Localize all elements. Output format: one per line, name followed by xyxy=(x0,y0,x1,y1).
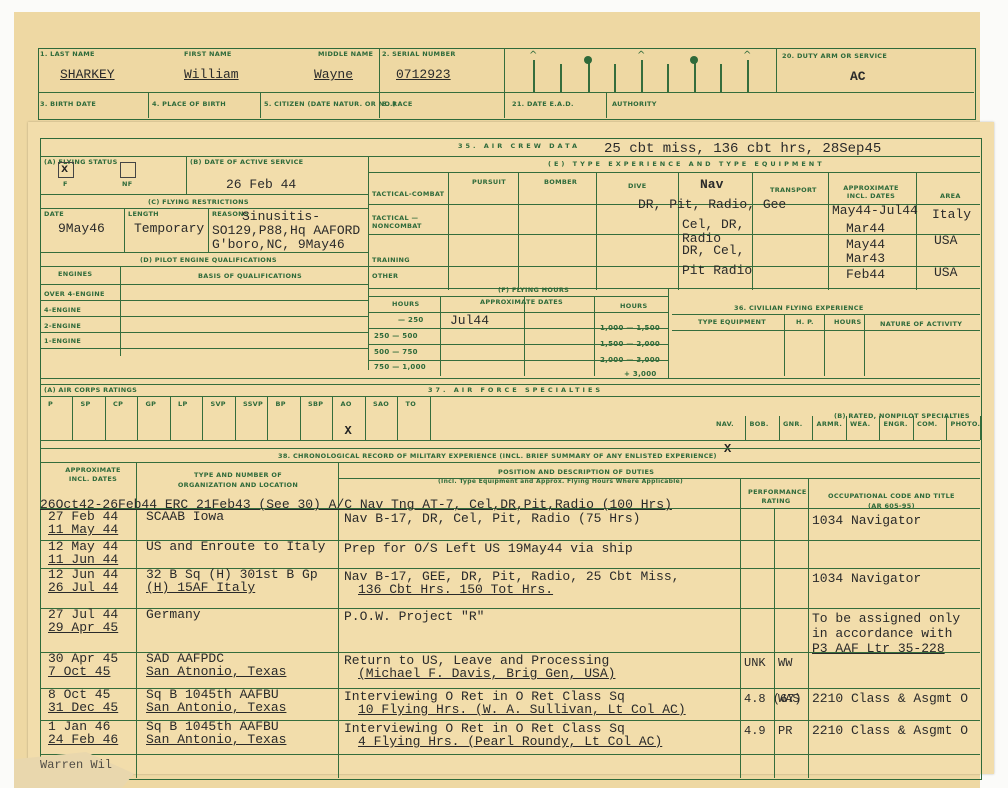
nav-entry-1: DR, Pit, Radio, Gee xyxy=(638,198,786,212)
row-duty-line-1: Prep for O/S Left US 19May44 via ship xyxy=(344,542,633,556)
nonpilot-com: COM. xyxy=(917,420,937,428)
row-date-end: 29 Apr 45 xyxy=(48,621,118,635)
hours-col-right: HOURS xyxy=(620,302,647,310)
row-rating-1: UNK xyxy=(744,656,766,670)
nonpilot-label: (B) RATED, NONPILOT SPECIALTIES xyxy=(834,412,970,420)
nonpilot-engr: ENGR. xyxy=(884,420,908,428)
rating-sao: SAO xyxy=(373,400,389,408)
authority-label: AUTHORITY xyxy=(612,100,657,108)
date-ead-label: 21. DATE E.A.D. xyxy=(512,100,574,108)
row-other: OTHER xyxy=(372,272,398,280)
rating-sbp: SBP xyxy=(308,400,323,408)
serial-number-value: 0712923 xyxy=(396,68,451,82)
row-duty-line-2: (Michael F. Davis, Brig Gen, USA) xyxy=(358,667,615,681)
flying-hours-label: (F) FLYING HOURS xyxy=(498,286,569,294)
chron-col-duties: POSITION AND DESCRIPTION OF DUTIES xyxy=(498,468,654,476)
flying-status-nf-label: NF xyxy=(122,180,132,188)
col-area: AREA xyxy=(940,192,961,200)
chron-first-line: 26Oct42-26Feb44 ERC 21Feb43 (See 30) A/C… xyxy=(40,498,672,512)
row-occupation: 2210 Class & Asgmt O xyxy=(812,724,968,738)
restriction-reason-line-3: G'boro,NC, 9May46 xyxy=(212,238,345,252)
area-entry-2: USA xyxy=(934,234,957,248)
chron-col-duties-sub: (Incl. Type Equipment and Approx. Flying… xyxy=(438,478,683,485)
restriction-reason-line-2: SO129,P88,Hq AAFORD xyxy=(212,224,360,238)
rating-ssvp: SSVP xyxy=(243,400,263,408)
col-dive: DIVE xyxy=(628,182,647,190)
aircrew-section-title: 35. AIR CREW DATA xyxy=(458,142,580,150)
restriction-date-label: Date xyxy=(44,210,64,218)
hours-col-left: HOURS xyxy=(392,300,419,308)
row-org-line-2: (H) 15AF Italy xyxy=(146,581,255,595)
date-entry-3: May44 xyxy=(846,238,885,252)
rating-gp: GP xyxy=(146,400,157,408)
row-occupation: 1034 Navigator xyxy=(812,514,921,528)
last-name-value: SHARKEY xyxy=(60,68,115,82)
row-rating-2: WW xyxy=(778,656,792,670)
hours-range-8: + 3,000 xyxy=(624,370,657,378)
row-date-end: 31 Dec 45 xyxy=(48,701,118,715)
row-duty-line-1: Nav B-17, DR, Cel, Pit, Radio (75 Hrs) xyxy=(344,512,640,526)
civilian-col-hp: H. P. xyxy=(796,318,814,326)
row-date-end: 26 Jul 44 xyxy=(48,581,118,595)
first-name-value: William xyxy=(184,68,239,82)
engine-quals-label: (D) PILOT ENGINE QUALIFICATIONS xyxy=(140,256,277,264)
col-pursuit: PURSUIT xyxy=(472,178,506,186)
nav-entry-2: Cel, DR, xyxy=(682,218,744,232)
nav-entry-4: DR, Cel, xyxy=(682,244,744,258)
col-transport: TRANSPORT xyxy=(770,186,817,194)
hours-range-2: 250 — 500 xyxy=(374,332,418,340)
engine-row-1: 1-Engine xyxy=(44,337,81,345)
nav-entry-5: Pit Radio xyxy=(682,264,752,278)
basis-col-label: Basis of Qualifications xyxy=(198,272,302,280)
row-org-line-2: San Antonio, Texas xyxy=(146,701,286,715)
row-rating-1: 4.9 xyxy=(744,724,766,738)
middle-name-value: Wayne xyxy=(314,68,353,82)
row-org-line-2: San Antonio, Texas xyxy=(146,733,286,747)
rating-sp: SP xyxy=(81,400,91,408)
hours-range-4: 750 — 1,000 xyxy=(374,363,426,371)
row-duty-line-2: 136 Cbt Hrs. 150 Tot Hrs. xyxy=(358,583,553,597)
rating-cp: CP xyxy=(113,400,123,408)
restriction-length-value: Temporary xyxy=(134,222,204,236)
row-training: TRAINING xyxy=(372,256,410,264)
rating-lp: LP xyxy=(178,400,188,408)
chron-col-dates: APPROXIMATE INCL. DATES xyxy=(58,466,128,484)
flying-status-f-mark: x xyxy=(61,162,68,176)
restriction-length-label: Length xyxy=(128,210,159,218)
nonpilot-gnr: GNR. xyxy=(783,420,803,428)
chronology-title: 38. CHRONOLOGICAL RECORD OF MILITARY EXP… xyxy=(278,452,717,460)
chron-col-org: TYPE AND NUMBER OF ORGANIZATION AND LOCA… xyxy=(168,470,308,490)
flying-status-f-label: F xyxy=(63,180,68,188)
flying-restrictions-label: (C) FLYING RESTRICTIONS xyxy=(148,198,249,206)
date-entry-2: Mar44 xyxy=(846,222,885,236)
row-date-end: 7 Oct 45 xyxy=(48,665,110,679)
area-entry-3: USA xyxy=(934,266,957,280)
serial-number-label: 2. SERIAL NUMBER xyxy=(382,50,456,58)
place-of-birth-label: 4. PLACE OF BIRTH xyxy=(152,100,226,108)
row-occupation: in accordance with xyxy=(812,627,952,641)
chron-col-occ: OCCUPATIONAL CODE AND TITLE xyxy=(828,492,955,500)
engine-row-2: 2-Engine xyxy=(44,322,81,330)
row-duty-line-2: 4 Flying Hrs. (Pearl Roundy, Lt Col AC) xyxy=(358,735,662,749)
row-date-end: 11 May 44 xyxy=(48,523,118,537)
flying-status-nf-checkbox[interactable] xyxy=(120,162,136,178)
col-bomber: BOMBER xyxy=(544,178,577,186)
active-service-value: 26 Feb 44 xyxy=(226,178,296,192)
col-nav: Nav xyxy=(700,178,723,192)
nonpilot-mark: X xyxy=(724,442,731,456)
citizen-label: 5. CITIZEN (Date Natur. or No.) xyxy=(264,100,396,108)
row-org-line-2: San Atnonio, Texas xyxy=(146,665,286,679)
hours-range-3: 500 — 750 xyxy=(374,348,418,356)
nonpilot-nav: NAV. xyxy=(716,420,734,428)
row-duty-line-1: P.O.W. Project "R" xyxy=(344,610,484,624)
rating-ao: AO xyxy=(341,400,352,408)
type-experience-label: (E) TYPE EXPERIENCE AND TYPE EQUIPMENT xyxy=(548,160,825,168)
civilian-col-type: TYPE EQUIPMENT xyxy=(698,318,766,326)
flying-hours-entry: Jul44 xyxy=(450,314,489,328)
dates-col: APPROXIMATE DATES xyxy=(480,298,563,306)
nonpilot-bob: BOB. xyxy=(750,420,769,428)
row-occupation: 2210 Class & Asgmt O xyxy=(812,692,968,706)
date-entry-5: Feb44 xyxy=(846,268,885,282)
row-date-end: 11 Jun 44 xyxy=(48,553,118,567)
chron-col-rating: PERFORMANCE RATING xyxy=(748,488,804,506)
row-occupation: P3 AAF Ltr 35-228 xyxy=(812,642,945,656)
duty-arm-label: 20. DUTY ARM OR SERVICE xyxy=(782,52,887,60)
rating-to: TO xyxy=(406,400,417,408)
specialties-title: 37. AIR FORCE SPECIALTIES xyxy=(428,386,603,394)
civilian-col-hours: HOURS xyxy=(834,318,861,326)
engines-col-label: Engines xyxy=(58,270,92,278)
rating-svp: SVP xyxy=(211,400,226,408)
engine-row-4: 4-Engine xyxy=(44,306,81,314)
rating-p: P xyxy=(48,400,53,408)
civilian-col-nature: NATURE OF ACTIVITY xyxy=(880,320,962,328)
birth-date-label: 3. BIRTH DATE xyxy=(40,100,96,108)
row-org-line-1: US and Enroute to Italy xyxy=(146,540,325,554)
duty-arm-value: AC xyxy=(850,70,866,84)
rating-bp: BP xyxy=(276,400,286,408)
engine-row-over4: Over 4-Engine xyxy=(44,290,105,298)
race-label: 6. RACE xyxy=(382,100,413,108)
middle-name-label: MIDDLE NAME xyxy=(318,50,373,58)
restriction-reason-line-1: Sinusitis- xyxy=(242,210,320,224)
hours-range-1: — 250 xyxy=(398,316,424,324)
area-entry-1: Italy xyxy=(932,208,971,222)
ratings-label: (A) AIR CORPS RATINGS xyxy=(44,386,137,394)
nonpilot-armr: ARMR. xyxy=(817,420,843,428)
row-org-line-1: Germany xyxy=(146,608,201,622)
last-name-label: 1. LAST NAME xyxy=(40,50,95,58)
aircrew-summary: 25 cbt miss, 136 cbt hrs, 28Sep45 xyxy=(604,142,881,156)
date-entry-4: Mar43 xyxy=(846,252,885,266)
front-form-sheet: 35. AIR CREW DATA 25 cbt miss, 136 cbt h… xyxy=(28,122,994,774)
footer-fragment: Warren Wil xyxy=(40,758,112,772)
flying-status-label: (A) FLYING STATUS xyxy=(44,158,118,166)
nonpilot-wea: WEA. xyxy=(850,420,870,428)
row-occupation: To be assigned only xyxy=(812,612,960,626)
row-occupation: 1034 Navigator xyxy=(812,572,921,586)
col-dates: APPROXIMATE INCL. DATES xyxy=(836,184,906,200)
row-tactical-noncombat: TACTICAL — NONCOMBAT xyxy=(372,214,442,230)
nonpilot-photo: PHOTO. xyxy=(951,420,981,428)
row-date-end: 24 Feb 46 xyxy=(48,733,118,747)
date-entry-1: May44-Jul44 xyxy=(832,204,918,218)
restriction-date-value: 9May46 xyxy=(58,222,105,236)
row-rating-2: PR xyxy=(778,724,792,738)
rating-mark: X xyxy=(345,424,352,438)
row-tactical-combat: TACTICAL-COMBAT xyxy=(372,190,444,198)
civilian-label: 36. CIVILIAN FLYING EXPERIENCE xyxy=(734,304,864,312)
row-org-line-1: SCAAB Iowa xyxy=(146,510,224,524)
row-duty-line-2: 10 Flying Hrs. (W. A. Sullivan, Lt Col A… xyxy=(358,703,686,717)
first-name-label: FIRST NAME xyxy=(184,50,232,58)
row-rating-2: WAS xyxy=(778,692,800,706)
active-service-label: (B) DATE OF ACTIVE SERVICE xyxy=(190,158,303,166)
